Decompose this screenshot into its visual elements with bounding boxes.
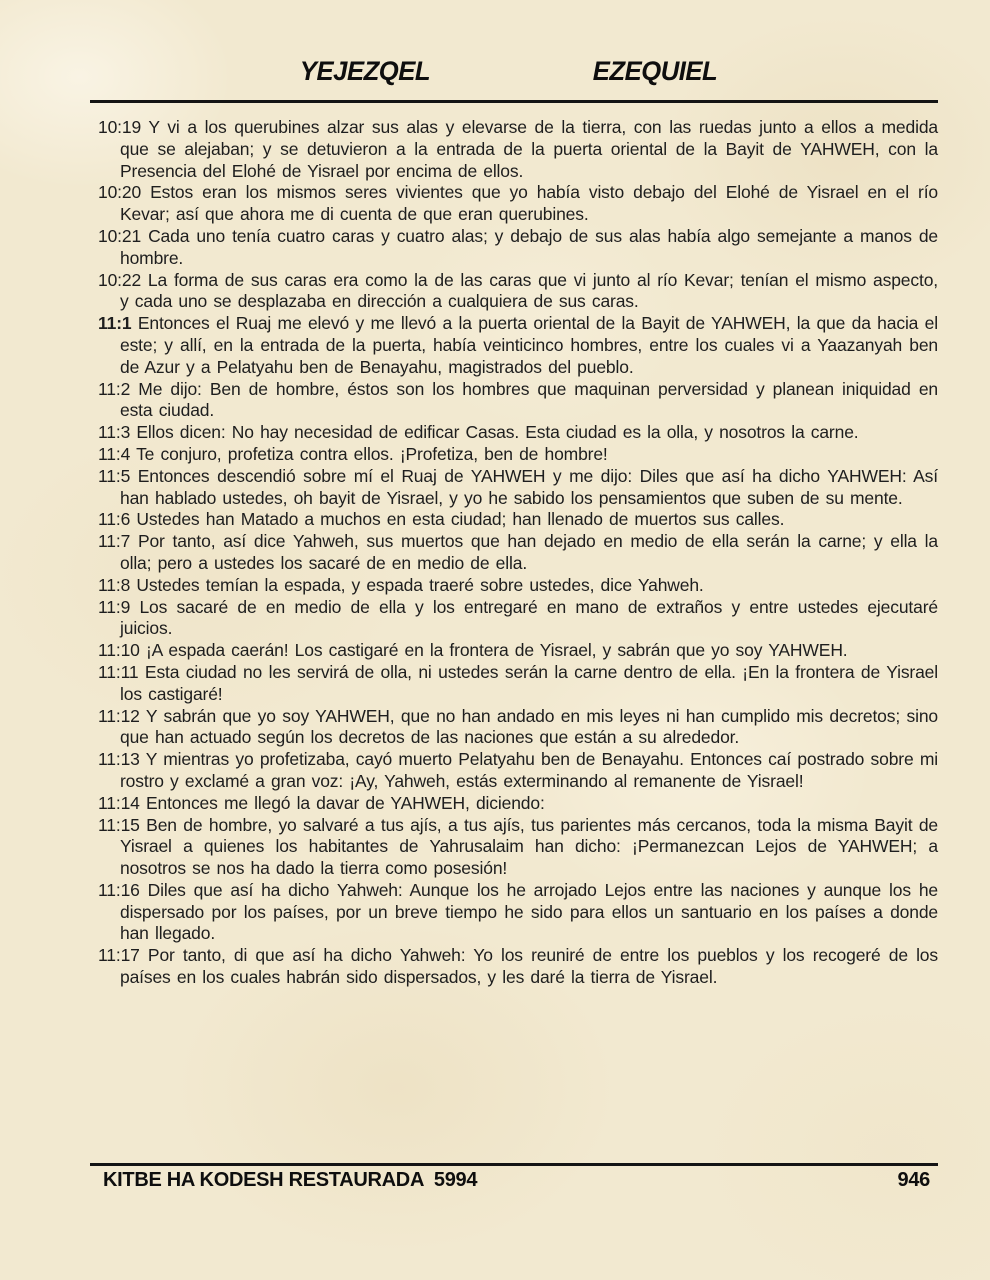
verse-11-4: 11:4 Te conjuro, profetiza contra ellos.… bbox=[98, 444, 938, 466]
verse-11-12: 11:12 Y sabrán que yo soy YAHWEH, que no… bbox=[98, 706, 938, 750]
verse-text-block: 10:19 Y vi a los querubines alzar sus al… bbox=[98, 117, 938, 989]
verse-11-17: 11:17 Por tanto, di que así ha dicho Yah… bbox=[98, 945, 938, 989]
footer-edition-title: KITBE HA KODESH RESTAURADA 5994 bbox=[103, 1169, 477, 1192]
verse-11-9: 11:9 Los sacaré de en medio de ella y lo… bbox=[98, 597, 938, 641]
verse-text: Y sabrán que yo soy YAHWEH, que no han a… bbox=[120, 706, 938, 748]
verse-11-8: 11:8 Ustedes temían la espada, y espada … bbox=[98, 575, 938, 597]
verse-text: Cada uno tenía cuatro caras y cuatro ala… bbox=[120, 226, 938, 268]
verse-10-19: 10:19 Y vi a los querubines alzar sus al… bbox=[98, 117, 938, 182]
verse-number: 11:16 bbox=[98, 880, 140, 900]
verse-number: 11:8 bbox=[98, 575, 130, 595]
verse-11-1: 11:1 Entonces el Ruaj me elevó y me llev… bbox=[98, 313, 938, 378]
verse-number: 11:17 bbox=[98, 945, 140, 965]
verse-number: 11:2 bbox=[98, 379, 130, 399]
verse-11-3: 11:3 Ellos dicen: No hay necesidad de ed… bbox=[98, 422, 938, 444]
verse-11-6: 11:6 Ustedes han Matado a muchos en esta… bbox=[98, 509, 938, 531]
verse-number: 10:20 bbox=[98, 182, 141, 202]
verse-text: Entonces el Ruaj me elevó y me llevó a l… bbox=[120, 313, 938, 377]
verse-number: 11:11 bbox=[98, 662, 138, 682]
verse-number: 11:10 bbox=[98, 640, 140, 660]
verse-text: Por tanto, así dice Yahweh, sus muertos … bbox=[120, 531, 938, 573]
page-number: 946 bbox=[898, 1169, 930, 1192]
verse-11-2: 11:2 Me dijo: Ben de hombre, éstos son l… bbox=[98, 379, 938, 423]
verse-number: 11:13 bbox=[98, 749, 140, 769]
verse-text: Ellos dicen: No hay necesidad de edifica… bbox=[130, 422, 858, 442]
verse-10-21: 10:21 Cada uno tenía cuatro caras y cuat… bbox=[98, 226, 938, 270]
verse-text: Por tanto, di que así ha dicho Yahweh: Y… bbox=[120, 945, 938, 987]
verse-11-13: 11:13 Y mientras yo profetizaba, cayó mu… bbox=[98, 749, 938, 793]
page-header-title-transliterated: YEJEZQEL bbox=[300, 56, 430, 87]
verse-number: 10:22 bbox=[98, 270, 141, 290]
verse-11-15: 11:15 Ben de hombre, yo salvaré a tus aj… bbox=[98, 815, 938, 880]
verse-number: 11:6 bbox=[98, 509, 130, 529]
verse-10-20: 10:20 Estos eran los mismos seres vivien… bbox=[98, 182, 938, 226]
verse-text: La forma de sus caras era como la de las… bbox=[120, 270, 938, 312]
verse-11-7: 11:7 Por tanto, así dice Yahweh, sus mue… bbox=[98, 531, 938, 575]
verse-text: Ustedes han Matado a muchos en esta ciud… bbox=[130, 509, 784, 529]
verse-11-16: 11:16 Diles que así ha dicho Yahweh: Aun… bbox=[98, 880, 938, 945]
scanned-book-page: YEJEZQEL EZEQUIEL 10:19 Y vi a los queru… bbox=[0, 0, 990, 1280]
verse-number: 11:12 bbox=[98, 706, 140, 726]
verse-number: 11:3 bbox=[98, 422, 130, 442]
verse-11-14: 11:14 Entonces me llegó la davar de YAHW… bbox=[98, 793, 938, 815]
verse-number: 10:21 bbox=[98, 226, 141, 246]
verse-11-11: 11:11 Esta ciudad no les servirá de olla… bbox=[98, 662, 938, 706]
verse-text: Me dijo: Ben de hombre, éstos son los ho… bbox=[120, 379, 938, 421]
verse-text: Te conjuro, profetiza contra ellos. ¡Pro… bbox=[130, 444, 607, 464]
header-rule bbox=[90, 100, 938, 103]
verse-number: 11:4 bbox=[98, 444, 130, 464]
verse-text: Entonces descendió sobre mí el Ruaj de Y… bbox=[120, 466, 938, 508]
verse-text: Ben de hombre, yo salvaré a tus ajís, a … bbox=[120, 815, 938, 879]
verse-text: Y vi a los querubines alzar sus alas y e… bbox=[120, 117, 938, 181]
footer-rule bbox=[90, 1163, 938, 1166]
verse-10-22: 10:22 La forma de sus caras era como la … bbox=[98, 270, 938, 314]
verse-text: Entonces me llegó la davar de YAHWEH, di… bbox=[140, 793, 545, 813]
verse-number: 11:7 bbox=[98, 531, 130, 551]
verse-text: Y mientras yo profetizaba, cayó muerto P… bbox=[120, 749, 938, 791]
verse-11-5: 11:5 Entonces descendió sobre mí el Ruaj… bbox=[98, 466, 938, 510]
verse-number: 11:5 bbox=[98, 466, 130, 486]
verse-text: Estos eran los mismos seres vivientes qu… bbox=[120, 182, 938, 224]
verse-text: Ustedes temían la espada, y espada traer… bbox=[130, 575, 703, 595]
verse-number: 11:14 bbox=[98, 793, 140, 813]
verse-text: Esta ciudad no les servirá de olla, ni u… bbox=[120, 662, 938, 704]
page-footer: KITBE HA KODESH RESTAURADA 5994 946 bbox=[103, 1169, 930, 1192]
verse-11-10: 11:10 ¡A espada caerán! Los castigaré en… bbox=[98, 640, 938, 662]
verse-text: Diles que así ha dicho Yahweh: Aunque lo… bbox=[120, 880, 938, 944]
verse-number: 11:9 bbox=[98, 597, 130, 617]
verse-number: 11:1 bbox=[98, 313, 131, 333]
page-header-title-spanish: EZEQUIEL bbox=[593, 56, 717, 87]
verse-number: 10:19 bbox=[98, 117, 141, 137]
verse-number: 11:15 bbox=[98, 815, 140, 835]
verse-text: Los sacaré de en medio de ella y los ent… bbox=[120, 597, 938, 639]
verse-text: ¡A espada caerán! Los castigaré en la fr… bbox=[140, 640, 848, 660]
